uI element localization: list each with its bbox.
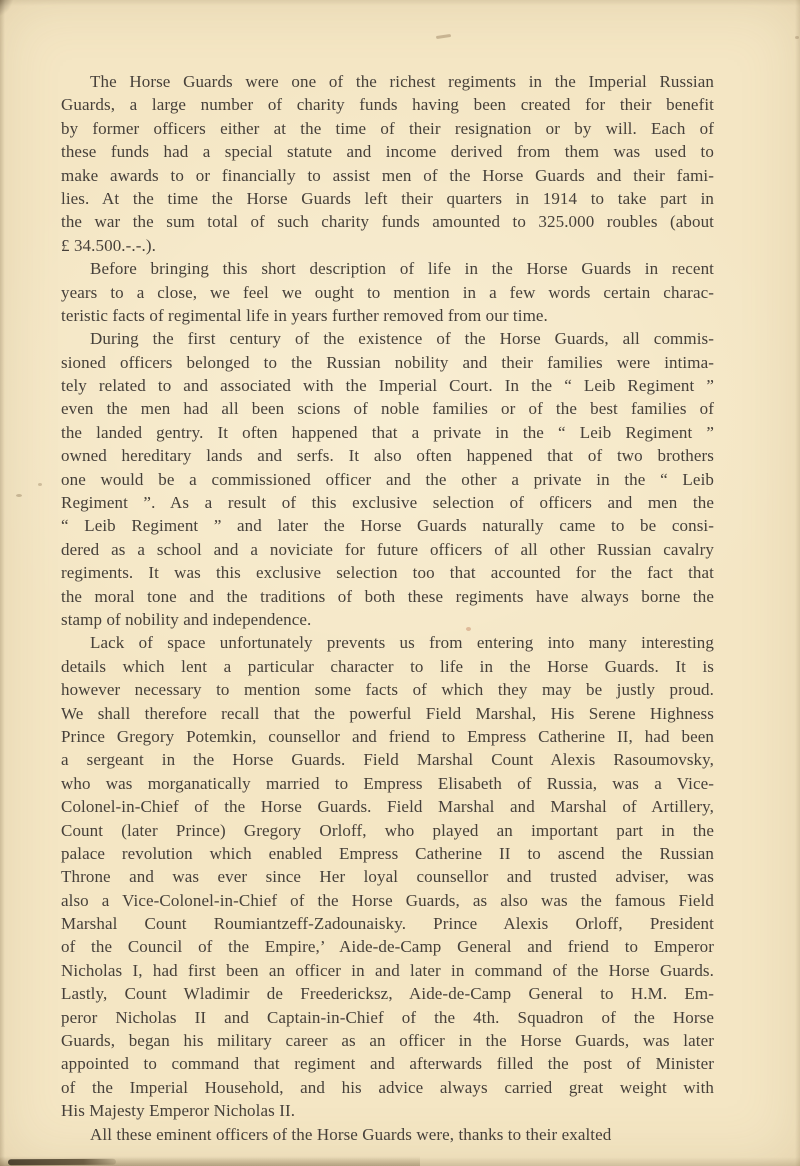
- paper-speck: [436, 34, 451, 39]
- text-line: Colonel-in-Chief of the Horse Guards. Fi…: [61, 795, 714, 818]
- text-line: Before bringing this short description o…: [61, 257, 714, 280]
- text-line: His Majesty Emperor Nicholas II.: [61, 1099, 714, 1122]
- scan-edge-mark: [8, 1159, 116, 1166]
- text-line: Lack of space unfortunately prevents us …: [61, 631, 714, 654]
- text-line: All these eminent officers of the Horse …: [61, 1123, 714, 1146]
- text-line: the war the sum total of such charity fu…: [61, 210, 714, 233]
- text-line: Guards, began his military career as an …: [61, 1029, 714, 1052]
- text-line: regiments. It was this exclusive selecti…: [61, 561, 714, 584]
- paragraph: Lack of space unfortunately prevents us …: [61, 631, 714, 1122]
- paragraph: The Horse Guards were one of the richest…: [61, 70, 714, 257]
- paper-speck: [38, 483, 42, 486]
- text-line: Guards, a large number of charity funds …: [61, 93, 714, 116]
- text-line: the landed gentry. It often happened tha…: [61, 421, 714, 444]
- text-line: of the Council of the Empire,’ Aide-de-C…: [61, 935, 714, 958]
- text-line: Regiment ”. As a result of this exclusiv…: [61, 491, 714, 514]
- text-line: one would be a commissioned officer and …: [61, 468, 714, 491]
- text-line: even the men had all been scions of nobl…: [61, 397, 714, 420]
- text-line: Marshal Count Roumiantzeff-Zadounaisky. …: [61, 912, 714, 935]
- paper-speck: [16, 494, 22, 497]
- paragraph: Before bringing this short description o…: [61, 257, 714, 327]
- paper-speck: [795, 36, 799, 39]
- text-line: Prince Gregory Potemkin, counsellor and …: [61, 725, 714, 748]
- text-line: owned hereditary lands and serfs. It als…: [61, 444, 714, 467]
- text-line: stamp of nobility and independence.: [61, 608, 714, 631]
- text-line: lies. At the time the Horse Guards left …: [61, 187, 714, 210]
- scanned-page: The Horse Guards were one of the richest…: [0, 0, 800, 1166]
- text-line: tely related to and associated with the …: [61, 374, 714, 397]
- text-line: details which lent a particular characte…: [61, 655, 714, 678]
- text-line: We shall therefore recall that the power…: [61, 702, 714, 725]
- text-line: appointed to command that regiment and a…: [61, 1052, 714, 1075]
- text-line: peror Nicholas II and Captain-in-Chief o…: [61, 1006, 714, 1029]
- text-line: During the first century of the existenc…: [61, 327, 714, 350]
- text-line: Throne and was ever since Her loyal coun…: [61, 865, 714, 888]
- text-line: of the Imperial Household, and his advic…: [61, 1076, 714, 1099]
- text-line: a sergeant in the Horse Guards. Field Ma…: [61, 748, 714, 771]
- text-line: Lastly, Count Wladimir de Freedericksz, …: [61, 982, 714, 1005]
- text-line: by former officers either at the time of…: [61, 117, 714, 140]
- text-line: years to a close, we feel we ought to me…: [61, 281, 714, 304]
- page-text: The Horse Guards were one of the richest…: [61, 70, 714, 1146]
- paragraph: During the first century of the existenc…: [61, 327, 714, 631]
- text-line: dered as a school and a noviciate for fu…: [61, 538, 714, 561]
- scan-bottom-shadow: [0, 1156, 420, 1166]
- text-line: these funds had a special statute and in…: [61, 140, 714, 163]
- text-line: sioned officers belonged to the Russian …: [61, 351, 714, 374]
- scan-corner-mark: [0, 0, 14, 17]
- text-line: who was morganatically married to Empres…: [61, 772, 714, 795]
- text-line: however necessary to mention some facts …: [61, 678, 714, 701]
- text-line: teristic facts of regimental life in yea…: [61, 304, 714, 327]
- text-line: the moral tone and the traditions of bot…: [61, 585, 714, 608]
- text-line: £ 34.500.-.-.).: [61, 234, 714, 257]
- text-line: Nicholas I, had first been an officer in…: [61, 959, 714, 982]
- text-line: Count (later Prince) Gregory Orloff, who…: [61, 819, 714, 842]
- text-line: also a Vice-Colonel-in-Chief of the Hors…: [61, 889, 714, 912]
- text-line: The Horse Guards were one of the richest…: [61, 70, 714, 93]
- text-line: palace revolution which enabled Empress …: [61, 842, 714, 865]
- paragraph: All these eminent officers of the Horse …: [61, 1123, 714, 1146]
- text-line: “ Leib Regiment ” and later the Horse Gu…: [61, 514, 714, 537]
- text-line: make awards to or financially to assist …: [61, 164, 714, 187]
